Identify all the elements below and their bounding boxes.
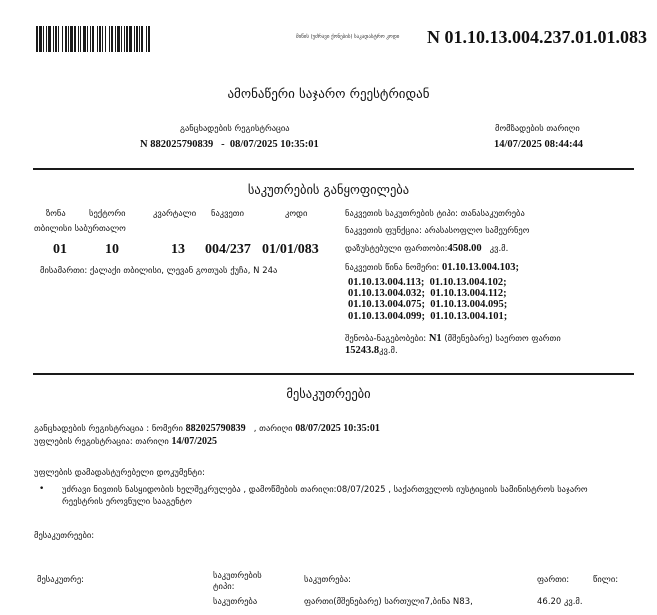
col-quarter: კვარტალი	[153, 209, 196, 219]
th-share: წილი:	[593, 575, 618, 586]
th-ownership-type: საკუთრების ტიპი:	[213, 571, 273, 593]
right-reg-date: 14/07/2025	[171, 436, 217, 447]
owners-section-title: მესაკუთრეები	[0, 386, 657, 401]
previous-number-row: 01.10.13.004.032; 01.10.13.004.112;	[348, 288, 507, 299]
th-owner: მესაკუთრე:	[37, 575, 84, 586]
th-area: ფართი:	[537, 575, 569, 586]
document-item: უძრავი ნივთის ნასყიდობის ხელშეკრულება , …	[62, 484, 622, 508]
buildings-area: 15243.8	[345, 345, 379, 356]
barcode	[36, 26, 214, 52]
section-divider	[33, 168, 634, 170]
buildings-area-unit: კვ.მ.	[379, 346, 398, 356]
property-section-title: საკუთრების განყოფილება	[0, 182, 657, 197]
registration-label: განცხადების რეგისტრაცია	[180, 124, 290, 134]
th-property: საკუთრება:	[304, 575, 351, 586]
zone-value: 01	[53, 242, 67, 258]
buildings-area-line: 15243.8კვ.მ.	[345, 345, 398, 356]
owners-reg-date: 08/07/2025 10:35:01	[295, 423, 380, 434]
owners-registration-line: განცხადების რეგისტრაცია : ნომერი 8820257…	[34, 423, 380, 434]
function-value: არასასოფლო სამეურნეო	[425, 226, 530, 236]
code-value: 01/01/083	[262, 242, 319, 258]
area-label: დაზუსტებული ფართობი:	[345, 244, 448, 254]
parcel-value: 004/237	[205, 242, 251, 258]
cell-area: 46.20 კვ.მ.	[537, 597, 583, 607]
area-value: 4508.00	[448, 243, 482, 254]
sector-value: 10	[105, 242, 119, 258]
area-unit: კვ.მ.	[490, 244, 509, 254]
ownership-type-line: ნაკვეთის საკუთრების ტიპი: თანასაკუთრება	[345, 209, 525, 219]
function-line: ნაკვეთის ფუნქცია: არასასოფლო სამეურნეო	[345, 226, 529, 236]
buildings-value: N1	[429, 333, 442, 344]
col-zone: ზონა	[46, 209, 66, 219]
previous-number-first: 01.10.13.004.103;	[442, 262, 519, 273]
buildings-label: შენობა-ნაგებობები:	[345, 334, 426, 344]
zone-name: თბილისი საბურთალო	[34, 224, 126, 234]
previous-number-row: 01.10.13.004.075; 01.10.13.004.095;	[348, 299, 507, 310]
area-line: დაზუსტებული ფართობი:4508.00 კვ.მ.	[345, 243, 508, 254]
previous-numbers-list: 01.10.13.004.113; 01.10.13.004.102;01.10…	[348, 277, 507, 322]
col-code: კოდი	[285, 209, 307, 219]
ownership-type: თანასაკუთრება	[461, 209, 525, 219]
quarter-value: 13	[171, 242, 185, 258]
buildings-desc: (მშენებარე) საერთო ფართი	[444, 334, 560, 344]
owners-reg-label: განცხადების რეგისტრაცია : ნომერი	[34, 424, 183, 434]
right-registration-line: უფლების რეგისტრაცია: თარიღი 14/07/2025	[34, 436, 217, 447]
registration-value: N 882025790839 - 08/07/2025 10:35:01	[140, 139, 319, 150]
col-sector: სექტორი	[89, 209, 126, 219]
cell-property: ფართი(მშენებარე) სართული7,ბინა N83,	[304, 597, 473, 607]
documents-label: უფლების დამადასტურებელი დოკუმენტი:	[34, 468, 205, 478]
buildings-line: შენობა-ნაგებობები: N1 (მშენებარე) საერთო…	[345, 333, 561, 344]
owners-label: მესაკუთრეები:	[34, 531, 94, 541]
col-parcel: ნაკვეთი	[211, 209, 244, 219]
section-divider	[33, 373, 634, 375]
owners-reg-date-label: , თარიღი	[254, 424, 293, 434]
bullet-icon: •	[39, 484, 44, 494]
function-label: ნაკვეთის ფუნქცია:	[345, 226, 422, 236]
right-reg-label: უფლების რეგისტრაცია: თარიღი	[34, 437, 169, 447]
prepared-date: 14/07/2025 08:44:44	[494, 139, 583, 150]
cell-ownership-type: საკუთრება	[213, 597, 257, 607]
previous-numbers-line: ნაკვეთის წინა ნომერი: 01.10.13.004.103;	[345, 262, 519, 273]
address: მისამართი: ქალაქი თბილისი, ლევან გოთუას …	[40, 266, 277, 276]
previous-numbers-label: ნაკვეთის წინა ნომერი:	[345, 263, 439, 273]
cadastral-code: N 01.10.13.004.237.01.01.083	[427, 27, 647, 48]
previous-number-row: 01.10.13.004.113; 01.10.13.004.102;	[348, 277, 507, 288]
document-title: ამონაწერი საჯარო რეესტრიდან	[0, 87, 657, 102]
ownership-type-label: ნაკვეთის საკუთრების ტიპი:	[345, 209, 458, 219]
previous-number-row: 01.10.13.004.099; 01.10.13.004.101;	[348, 311, 507, 322]
cadastral-code-label: მიწის (უძრავი ქონების) საკადასტრო კოდი	[296, 34, 399, 40]
owners-reg-number: 882025790839	[186, 423, 246, 434]
prepared-date-label: მომზადების თარიღი	[495, 124, 580, 134]
